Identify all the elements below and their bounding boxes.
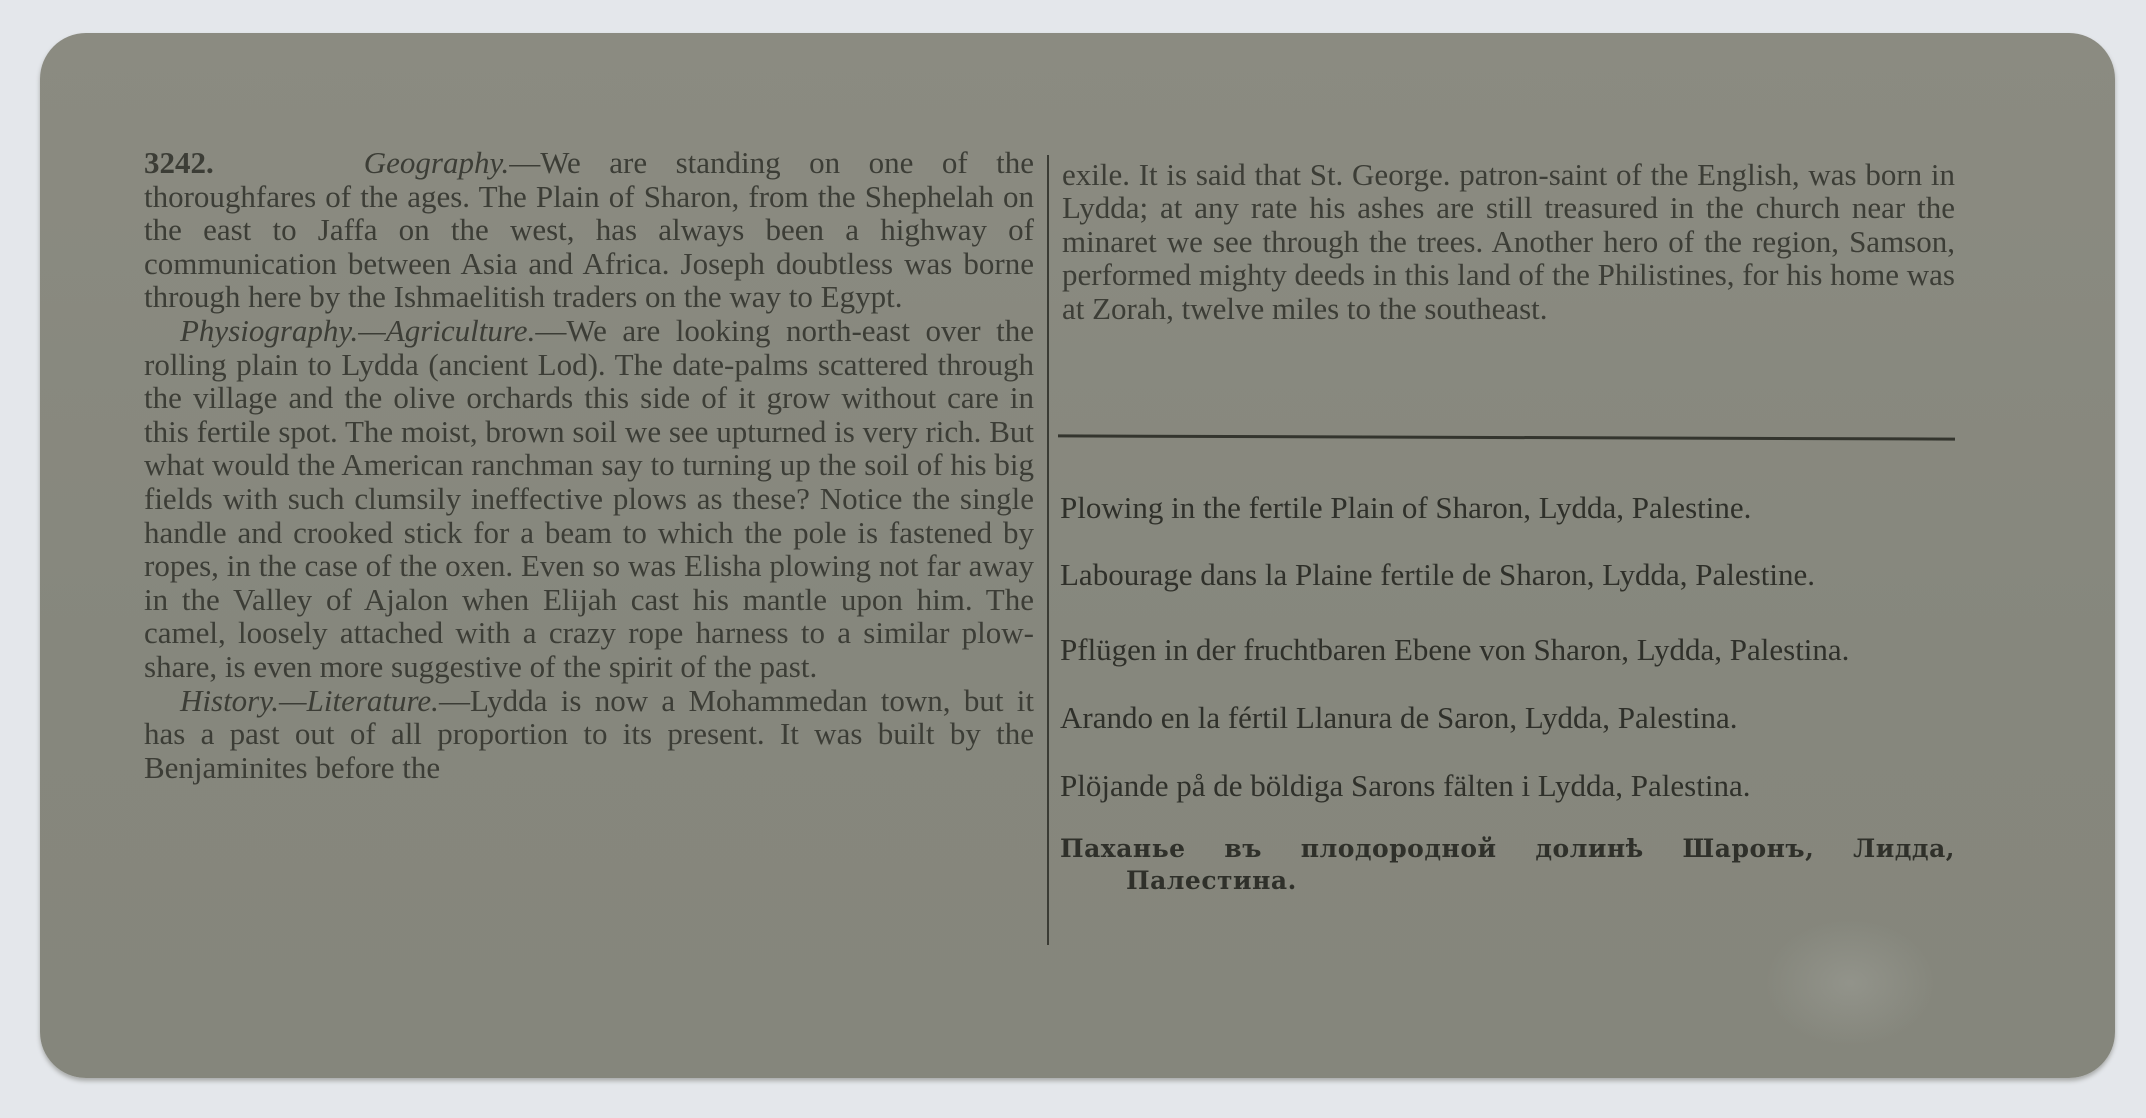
title-spanish: Arando en la fértil Llanura de Saron, Ly… <box>1060 703 1955 733</box>
title-french: Labourage dans la Plaine fertile de Shar… <box>1060 560 1955 590</box>
continuation-paragraph: exile. It is said that St. George. patro… <box>1062 158 1955 325</box>
physiography-heading: Physiography.—Agriculture. <box>180 313 535 348</box>
title-russian: Паханье въ плодородной долинѣ Шаронъ, Ли… <box>1060 833 1955 897</box>
history-heading: History.—Literature. <box>180 683 439 718</box>
column-divider <box>1047 155 1049 945</box>
history-paragraph: History.—Literature.—Lydda is now a Moha… <box>144 684 1034 785</box>
title-german: Pflügen in der fruchtbaren Ebene von Sha… <box>1060 635 1955 665</box>
geography-heading: Geography. <box>364 145 510 180</box>
title-english: Plowing in the fertile Plain of Sharon, … <box>1060 493 1955 523</box>
physiography-text: —We are looking north-east over the roll… <box>144 313 1034 684</box>
card-number: 3242. <box>144 145 214 180</box>
title-swedish: Plöjande på de böldiga Sarons fälten i L… <box>1060 771 1955 801</box>
geography-text: —We are standing on one of the thoroughf… <box>144 145 1034 314</box>
description-left-column: 3242.Geography.—We are standing on one o… <box>144 146 1034 784</box>
stereoview-card-back: 3242.Geography.—We are standing on one o… <box>40 33 2115 1078</box>
multilingual-titles: Plowing in the fertile Plain of Sharon, … <box>1060 485 1955 897</box>
description-right-column: exile. It is said that St. George. patro… <box>1062 158 1955 325</box>
geography-paragraph: 3242.Geography.—We are standing on one o… <box>144 146 1034 314</box>
horizontal-rule <box>1058 434 1955 440</box>
physiography-paragraph: Physiography.—Agriculture.—We are lookin… <box>144 314 1034 684</box>
